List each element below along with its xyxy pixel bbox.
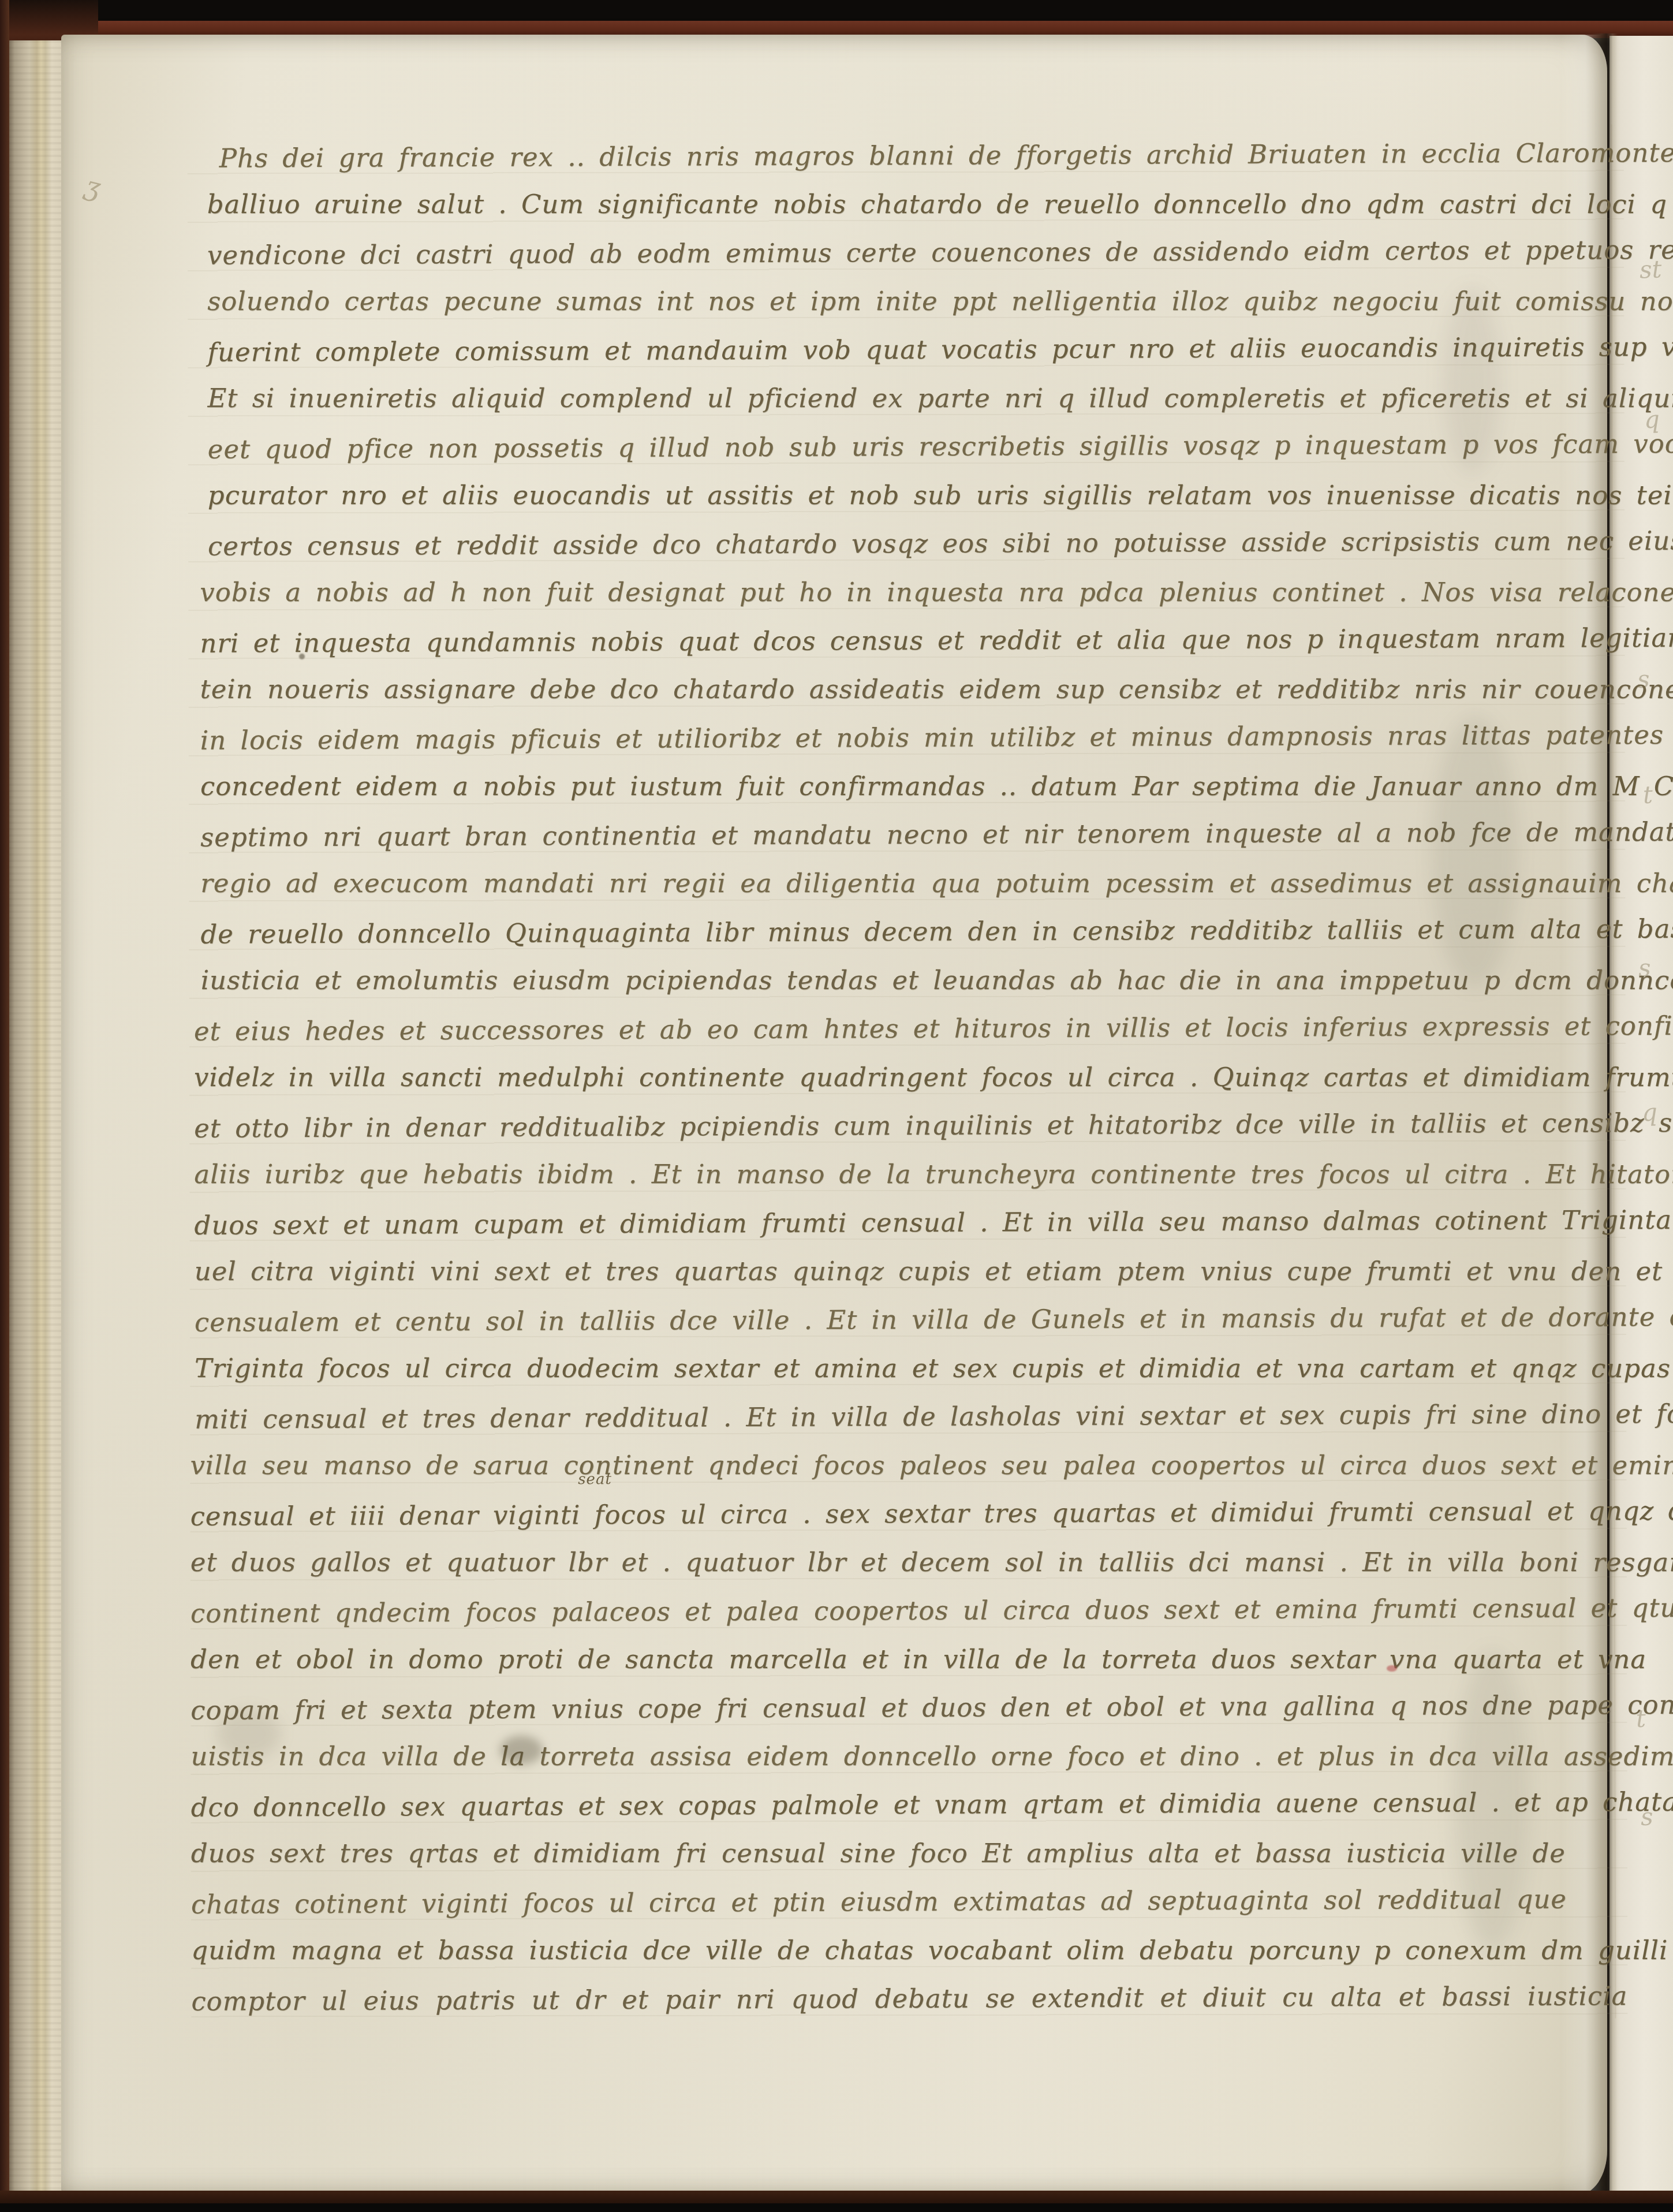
- manuscript-line: et duos gallos et quatuor lbr et . quatu…: [191, 1538, 1627, 1587]
- book-cover-bottom-edge: [0, 2191, 1673, 2204]
- manuscript-line: iusticia et emolumtis eiusdm pcipiendas …: [189, 956, 1626, 1005]
- manuscript-line: nri et inquesta qundamnis nobis quat dco…: [188, 614, 1625, 668]
- manuscript-line: septimo nri quart bran continentia et ma…: [189, 808, 1625, 862]
- manuscript-line: copam fri et sexta ptem vnius cope fri c…: [191, 1681, 1627, 1735]
- red-ink-trace: [1387, 1665, 1397, 1672]
- manuscript-line: duos sext tres qrtas et dimidiam fri cen…: [191, 1829, 1627, 1878]
- manuscript-line: Phs dei gra francie rex .. dilcis nris m…: [187, 129, 1623, 183]
- manuscript-line: aliis iuribz que hebatis ibidm . Et in m…: [189, 1150, 1626, 1199]
- manuscript-line: miti censual et tres denar redditual . E…: [190, 1390, 1626, 1444]
- manuscript-line: vendicone dci castri quod ab eodm emimus…: [188, 226, 1624, 280]
- manuscript-line: den et obol in domo proti de sancta marc…: [191, 1635, 1627, 1684]
- manuscript-line: Et si inueniretis aliquid complend ul pf…: [188, 374, 1625, 423]
- manuscript-line: continent qndecim focos palaceos et pale…: [191, 1584, 1627, 1638]
- text-block: Phs dei gra francie rex .. dilcis nris m…: [188, 130, 1628, 2032]
- manuscript-line: dco donncello sex quartas et sex copas p…: [191, 1778, 1627, 1832]
- parchment-stain: [217, 1709, 281, 1759]
- manuscript-line: balliuo aruine salut . Cum significante …: [188, 180, 1624, 229]
- manuscript-line: in locis eidem magis pficuis et utiliori…: [189, 711, 1625, 765]
- manuscript-line: certos census et reddit asside dco chata…: [188, 517, 1625, 571]
- manuscript-line: Triginta focos ul circa duodecim sextar …: [190, 1344, 1626, 1393]
- background-bottom: [0, 2203, 1673, 2212]
- margin-annotation: ʒ: [82, 170, 104, 204]
- manuscript-photo: st q s t s q t s ʒ Phs dei gra francie r…: [0, 0, 1673, 2212]
- manuscript-line: comptor ul eius patris ut dr et pair nri…: [191, 1972, 1627, 2026]
- manuscript-line: vobis a nobis ad h non fuit designat put…: [188, 568, 1625, 617]
- manuscript-line: tein noueris assignare debe dco chatardo…: [189, 665, 1625, 714]
- manuscript-line: censualem et centu sol in talliis dce vi…: [190, 1293, 1626, 1347]
- manuscript-line: uistis in dca villa de la torreta assisa…: [191, 1732, 1627, 1781]
- page-stack-fore-edge: [9, 40, 62, 2200]
- manuscript-line: de reuello donncello Quinquaginta libr m…: [189, 905, 1625, 959]
- manuscript-line: et eius hedes et successores et ab eo ca…: [189, 1002, 1626, 1056]
- manuscript-line: soluendo certas pecune sumas int nos et …: [188, 277, 1624, 326]
- manuscript-line: concedent eidem a nobis put iustum fuit …: [189, 762, 1625, 811]
- book-spine-edge: [0, 0, 9, 2212]
- manuscript-line: villa seu manso de sarua continent qndec…: [190, 1441, 1626, 1490]
- manuscript-line: regio ad execucom mandati nri regii ea d…: [189, 859, 1625, 908]
- manuscript-line: duos sext et unam cupam et dimidiam frum…: [189, 1196, 1626, 1250]
- manuscript-line: et otto libr in denar redditualibz pcipi…: [189, 1099, 1626, 1153]
- manuscript-line: videlz in villa sancti medulphi continen…: [189, 1053, 1626, 1102]
- manuscript-line: eet quod pfice non possetis q illud nob …: [188, 420, 1625, 474]
- interlinear-correction: seat: [578, 1471, 612, 1488]
- margin-smudge: [1432, 716, 1518, 987]
- manuscript-line: quidm magna et bassa iusticia dce ville …: [191, 1926, 1627, 1975]
- manuscript-page: ʒ Phs dei gra francie rex .. dilcis nris…: [61, 35, 1607, 2195]
- ink-dot: [299, 654, 305, 659]
- ink-blot: [500, 1736, 543, 1765]
- manuscript-line: censual et iiii denar viginti focos ul c…: [190, 1487, 1626, 1541]
- manuscript-line: uel citra viginti vini sext et tres quar…: [190, 1247, 1626, 1296]
- margin-smudge: [1443, 289, 1501, 473]
- manuscript-line: pcurator nro et aliis euocandis ut assit…: [188, 471, 1625, 520]
- background-top: [0, 0, 1673, 22]
- margin-smudge: [1455, 1651, 1530, 1952]
- manuscript-line: fuerint complete comissum et mandauim vo…: [188, 323, 1624, 377]
- manuscript-line: chatas cotinent viginti focos ul circa e…: [191, 1875, 1627, 1929]
